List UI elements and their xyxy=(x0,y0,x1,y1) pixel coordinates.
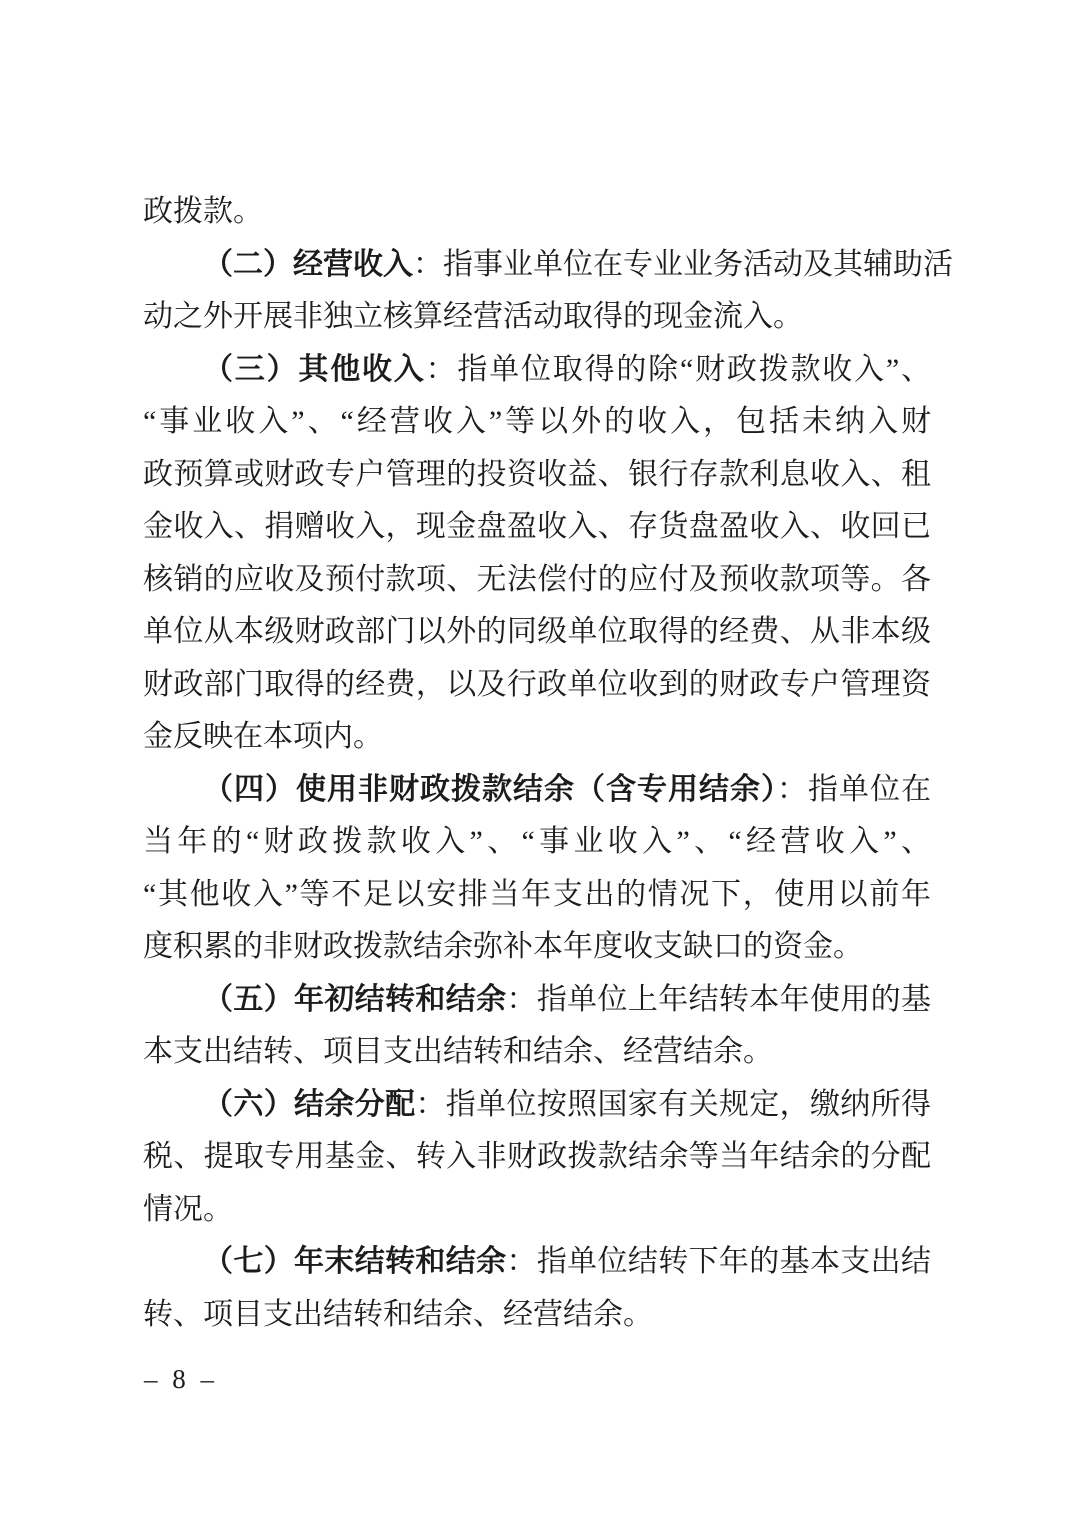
text-line: 政拨款。 xyxy=(143,186,931,239)
text-segment: ：指单位结转下年的基本支出结 xyxy=(506,1245,931,1278)
text-line: 度积累的非财政拨款结余弥补本年度收支缺口的资金。 xyxy=(143,921,931,974)
text-line: “事业收入”、“经营收入”等以外的收入，包括未纳入财 xyxy=(143,396,931,449)
text-line: 当年的“财政拨款收入”、“事业收入”、“经营收入”、 xyxy=(143,816,931,869)
term-heading: （二）经营收入 xyxy=(203,248,413,281)
text-segment: 情况。 xyxy=(143,1193,233,1226)
text-segment: ：指单位取得的除“财政拨款收入”、 xyxy=(426,353,931,386)
text-line: 转、项目支出结转和结余、经营结余。 xyxy=(143,1289,931,1342)
text-line: 税、提取专用基金、转入非财政拨款结余等当年结余的分配 xyxy=(143,1131,931,1184)
term-heading: （四）使用非财政拨款结余（含专用结余） xyxy=(203,773,777,806)
text-line: 单位从本级财政部门以外的同级单位取得的经费、从非本级 xyxy=(143,606,931,659)
page-number: – 8 – xyxy=(144,1364,218,1395)
document-page: 政拨款。（二）经营收入：指事业单位在专业业务活动及其辅助活动之外开展非独立核算经… xyxy=(0,0,1074,1520)
text-line: “其他收入”等不足以安排当年支出的情况下，使用以前年 xyxy=(143,869,931,922)
text-line: 金反映在本项内。 xyxy=(143,711,931,764)
text-segment: 财政部门取得的经费，以及行政单位收到的财政专户管理资 xyxy=(143,668,931,701)
document-body: 政拨款。（二）经营收入：指事业单位在专业业务活动及其辅助活动之外开展非独立核算经… xyxy=(143,186,931,1341)
text-line: （三）其他收入：指单位取得的除“财政拨款收入”、 xyxy=(143,344,931,397)
text-segment: 政预算或财政专户管理的投资收益、银行存款利息收入、租 xyxy=(143,458,931,491)
text-segment: ：指单位上年结转本年使用的基 xyxy=(506,983,931,1016)
text-line: 财政部门取得的经费，以及行政单位收到的财政专户管理资 xyxy=(143,659,931,712)
text-segment: “其他收入”等不足以安排当年支出的情况下，使用以前年 xyxy=(143,878,931,911)
text-segment: 税、提取专用基金、转入非财政拨款结余等当年结余的分配 xyxy=(143,1140,931,1173)
term-heading: （六）结余分配 xyxy=(203,1088,415,1121)
text-line: 核销的应收及预付款项、无法偿付的应付及预收款项等。各 xyxy=(143,554,931,607)
text-line: 情况。 xyxy=(143,1184,931,1237)
text-line: （五）年初结转和结余：指单位上年结转本年使用的基 xyxy=(143,974,931,1027)
text-segment: ：指单位在 xyxy=(777,773,931,806)
term-heading: （五）年初结转和结余 xyxy=(203,983,506,1016)
text-segment: “事业收入”、“经营收入”等以外的收入，包括未纳入财 xyxy=(143,405,931,438)
text-segment: 金反映在本项内。 xyxy=(143,720,383,753)
text-segment: 政拨款。 xyxy=(143,195,263,228)
text-line: （六）结余分配：指单位按照国家有关规定，缴纳所得 xyxy=(143,1079,931,1132)
text-line: （七）年末结转和结余：指单位结转下年的基本支出结 xyxy=(143,1236,931,1289)
text-line: 本支出结转、项目支出结转和结余、经营结余。 xyxy=(143,1026,931,1079)
text-segment: 单位从本级财政部门以外的同级单位取得的经费、从非本级 xyxy=(143,615,931,648)
text-segment: 金收入、捐赠收入，现金盘盈收入、存货盘盈收入、收回已 xyxy=(143,510,931,543)
term-heading: （七）年末结转和结余 xyxy=(203,1245,506,1278)
text-line: （二）经营收入：指事业单位在专业业务活动及其辅助活 xyxy=(143,239,931,292)
text-segment: 度积累的非财政拨款结余弥补本年度收支缺口的资金。 xyxy=(143,930,863,963)
text-line: 政预算或财政专户管理的投资收益、银行存款利息收入、租 xyxy=(143,449,931,502)
text-segment: ：指事业单位在专业业务活动及其辅助活 xyxy=(413,248,953,281)
text-line: （四）使用非财政拨款结余（含专用结余）：指单位在 xyxy=(143,764,931,817)
text-line: 金收入、捐赠收入，现金盘盈收入、存货盘盈收入、收回已 xyxy=(143,501,931,554)
text-line: 动之外开展非独立核算经营活动取得的现金流入。 xyxy=(143,291,931,344)
text-segment: 本支出结转、项目支出结转和结余、经营结余。 xyxy=(143,1035,773,1068)
text-segment: 核销的应收及预付款项、无法偿付的应付及预收款项等。各 xyxy=(143,563,931,596)
text-segment: 转、项目支出结转和结余、经营结余。 xyxy=(143,1298,653,1331)
term-heading: （三）其他收入 xyxy=(203,353,426,386)
text-segment: 当年的“财政拨款收入”、“事业收入”、“经营收入”、 xyxy=(143,825,931,858)
text-segment: ：指单位按照国家有关规定，缴纳所得 xyxy=(415,1088,931,1121)
text-segment: 动之外开展非独立核算经营活动取得的现金流入。 xyxy=(143,300,803,333)
